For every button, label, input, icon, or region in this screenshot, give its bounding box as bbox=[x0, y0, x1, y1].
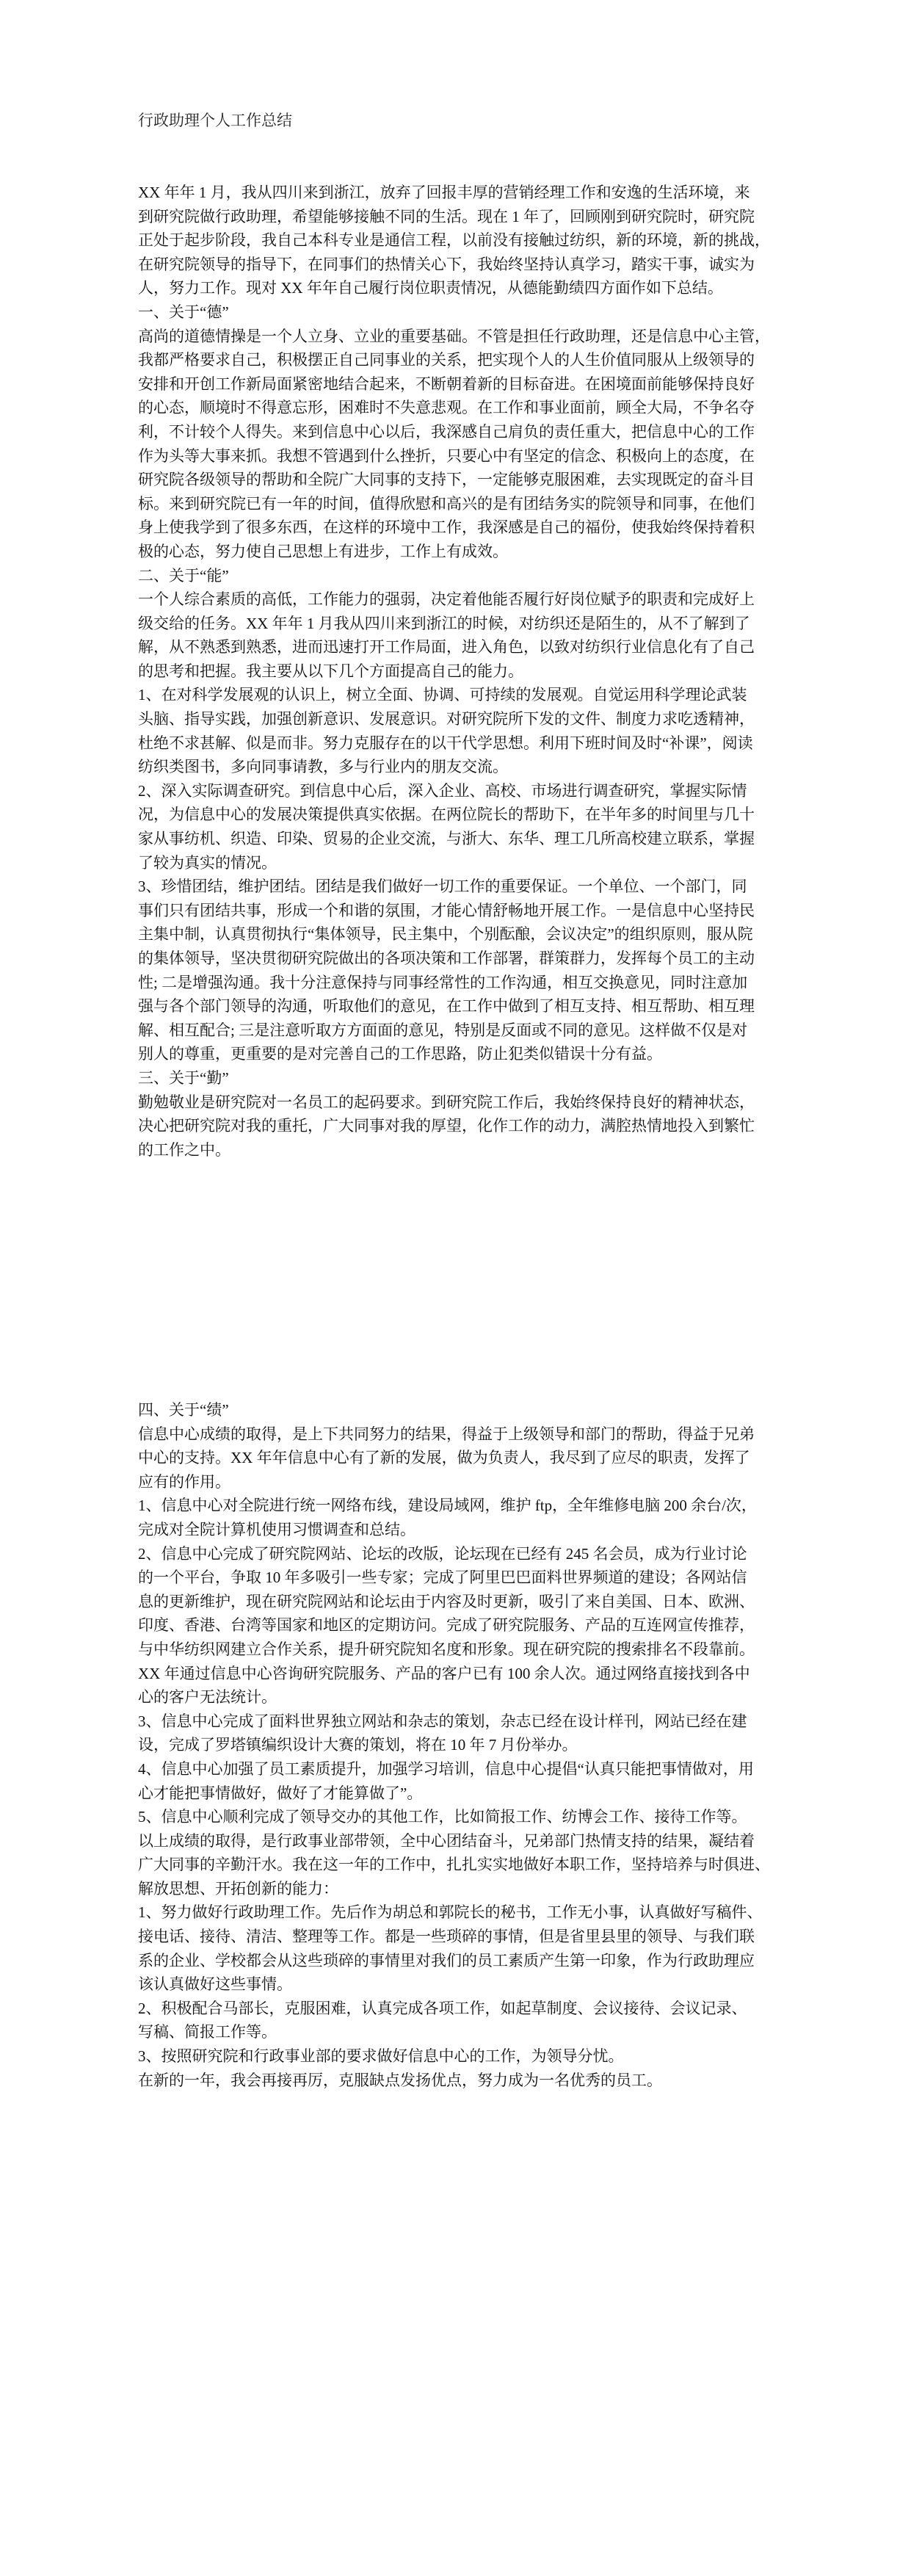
text-line: 的工作之中。 bbox=[138, 1138, 784, 1162]
text-line: 研究院各级领导的帮助和全院广大同事的支持下，一定能够克服困难，去实现既定的奋斗目 bbox=[138, 468, 784, 492]
text-line: 2、信息中心完成了研究院网站、论坛的改版，论坛现在已经有 245 名会员，成为行… bbox=[138, 1542, 784, 1566]
text-line: 接电话、接待、清洁、整理等工作。都是一些琐碎的事情，但是省里县里的领导、与我们联 bbox=[138, 1925, 784, 1949]
text-line: 了较为真实的情况。 bbox=[138, 851, 784, 875]
text-line: 决心把研究院对我的重托，广大同事对我的厚望，化作工作的动力，满腔热情地投入到繁忙 bbox=[138, 1114, 784, 1138]
text-line: 1、信息中心对全院进行统一网络布线，建设局域网，维护 ftp，全年维修电脑 20… bbox=[138, 1494, 784, 1518]
text-line: XX 年通过信息中心咨询研究院服务、产品的客户已有 100 余人次。通过网络直接… bbox=[138, 1662, 784, 1686]
text-line: 杜绝不求甚解、似是而非。努力克服存在的以干代学思想。利用下班时间及时“补课”，阅… bbox=[138, 731, 784, 756]
text-line: 3、信息中心完成了面料世界独立网站和杂志的策划，杂志已经在设计样刊，网站已经在建 bbox=[138, 1710, 784, 1734]
text-line: 一、关于“德” bbox=[138, 300, 784, 325]
text-line: 强与各个部门领导的沟通，听取他们的意见，在工作中做到了相互支持、相互帮助、相互理 bbox=[138, 994, 784, 1019]
text-line: 该认真做好这些事情。 bbox=[138, 1972, 784, 1997]
text-line: 四、关于“绩” bbox=[138, 1398, 784, 1422]
text-line: 解，从不熟悉到熟悉，进而迅速打开工作局面，进入角色，以致对纺织行业信息化有了自己 bbox=[138, 635, 784, 659]
text-line: 完成对全院计算机使用习惯调查和总结。 bbox=[138, 1518, 784, 1542]
text-line: 极的心态，努力使自己思想上有进步，工作上有成效。 bbox=[138, 540, 784, 564]
text-line: 5、信息中心顺利完成了领导交办的其他工作，比如简报工作、纺博会工作、接待工作等。 bbox=[138, 1805, 784, 1829]
text-line: 信息中心成绩的取得，是上下共同努力的结果，得益于上级领导和部门的帮助，得益于兄弟 bbox=[138, 1422, 784, 1447]
text-line: 在研究院领导的指导下，在同事们的热情关心下，我始终坚持认真学习，踏实干事，诚实为 bbox=[138, 253, 784, 277]
text-line: 标。来到研究院已有一年的时间，值得欣慰和高兴的是有团结务实的院领导和同事，在他们 bbox=[138, 492, 784, 516]
text-line: 以上成绩的取得，是行政事业部带领，全中心团结奋斗，兄弟部门热情支持的结果，凝结着 bbox=[138, 1829, 784, 1853]
document-body-page-1: XX 年年 1 月，我从四川来到浙江，放弃了回报丰厚的营销经理工作和安逸的生活环… bbox=[138, 181, 784, 1162]
text-line: 广大同事的辛勤汗水。我在这一年的工作中，扎扎实实地做好本职工作，坚持培养与时俱进… bbox=[138, 1853, 784, 1877]
text-line: 勤勉敬业是研究院对一名员工的起码要求。到研究院工作后，我始终保持良好的精神状态， bbox=[138, 1090, 784, 1115]
text-line: 1、努力做好行政助理工作。先后作为胡总和郭院长的秘书，工作无小事，认真做好写稿件… bbox=[138, 1900, 784, 1925]
text-line: 的心态，顺境时不得意忘形，困难时不失意悲观。在工作和事业面前，顾全大局，不争名夺 bbox=[138, 396, 784, 420]
text-line: 级交给的任务。XX 年年 1 月我从四川来到浙江的时候，对纺织还是陌生的，从不了… bbox=[138, 612, 784, 636]
text-line: 家从事纺机、织造、印染、贸易的企业交流，与浙大、东华、理工几所高校建立联系，掌握 bbox=[138, 827, 784, 851]
text-line: 2、积极配合马部长，克服困难，认真完成各项工作，如起草制度、会议接待、会议记录、 bbox=[138, 1997, 784, 2021]
text-line: 设，完成了罗塔镇编织设计大赛的策划，将在 10 年 7 月份举办。 bbox=[138, 1733, 784, 1757]
text-line: 别人的尊重，更重要的是对完善自己的工作思路，防止犯类似错误十分有益。 bbox=[138, 1042, 784, 1066]
text-line: 的集体领导，坚决贯彻研究院做出的各项决策和工作部署，群策群力，发挥每个员工的主动 bbox=[138, 947, 784, 971]
text-line: 的一个平台，争取 10 年多吸引一些专家；完成了阿里巴巴面料世界频道的建设；各网… bbox=[138, 1566, 784, 1590]
text-line: 纺织类图书，多向同事请教，多与行业内的朋友交流。 bbox=[138, 755, 784, 779]
text-line: 息的更新维护，现在研究院网站和论坛由于内容及时更新，吸引了来自美国、日本、欧洲、 bbox=[138, 1590, 784, 1614]
text-line: 身上使我学到了很多东西，在这样的环境中工作，我深感是自己的福份，使我始终保持着积 bbox=[138, 515, 784, 540]
text-line: 三、关于“勤” bbox=[138, 1066, 784, 1090]
text-line: 系的企业、学校都会从这些琐碎的事情里对我们的员工素质产生第一印象，作为行政助理应 bbox=[138, 1949, 784, 1973]
text-line: 利，不计较个人得失。来到信息中心以后，我深感自己肩负的责任重大，把信息中心的工作 bbox=[138, 420, 784, 444]
text-line: 安排和开创工作新局面紧密地结合起来，不断朝着新的目标奋进。在困境面前能够保持良好 bbox=[138, 372, 784, 397]
text-line: 事们只有团结共事，形成一个和谐的氛围，才能心情舒畅地开展工作。一是信息中心坚持民 bbox=[138, 899, 784, 923]
text-line: 解放思想、开拓创新的能力： bbox=[138, 1877, 784, 1901]
text-line: 写稿、简报工作等。 bbox=[138, 2020, 784, 2044]
document-body-page-2: 四、关于“绩”信息中心成绩的取得，是上下共同努力的结果，得益于上级领导和部门的帮… bbox=[138, 1398, 784, 2092]
document-title: 行政助理个人工作总结 bbox=[138, 109, 292, 133]
text-line: 1、在对科学发展观的认识上，树立全面、协调、可持续的发展观。自觉运用科学理论武装 bbox=[138, 683, 784, 707]
text-line: 2、深入实际调查研究。到信息中心后，深入企业、高校、市场进行调查研究，掌握实际情 bbox=[138, 779, 784, 803]
text-line: 作为头等大事来抓。我想不管遇到什么挫折，只要心中有坚定的信念、积极向上的态度，在 bbox=[138, 444, 784, 468]
text-line: 主集中制，认真贯彻执行“集体领导，民主集中，个别酝酿，会议决定”的组织原则，服从… bbox=[138, 922, 784, 947]
text-line: 的思考和把握。我主要从以下几个方面提高自己的能力。 bbox=[138, 659, 784, 684]
text-line: 心的客户无法统计。 bbox=[138, 1685, 784, 1710]
text-line: 人，努力工作。现对 XX 年年自己履行岗位职责情况，从德能勤绩四方面作如下总结。 bbox=[138, 276, 784, 300]
text-line: 性; 二是增强沟通。我十分注意保持与同事经常性的工作沟通，相互交换意见，同时注意… bbox=[138, 971, 784, 995]
text-line: XX 年年 1 月，我从四川来到浙江，放弃了回报丰厚的营销经理工作和安逸的生活环… bbox=[138, 181, 784, 205]
text-line: 到研究院做行政助理，希望能够接触不同的生活。现在 1 年了，回顾刚到研究院时，研… bbox=[138, 205, 784, 229]
text-line: 与中华纺织网建立合作关系，提升研究院知名度和形象。现在研究院的搜索排名不段靠前。 bbox=[138, 1638, 784, 1662]
text-line: 中心的支持。XX 年年信息中心有了新的发展，做为负责人，我尽到了应尽的职责，发挥… bbox=[138, 1446, 784, 1470]
text-line: 头脑、指导实践，加强创新意识、发展意识。对研究院所下发的文件、制度力求吃透精神， bbox=[138, 707, 784, 731]
text-line: 3、珍惜团结，维护团结。团结是我们做好一切工作的重要保证。一个单位、一个部门，同 bbox=[138, 875, 784, 899]
text-line: 解、相互配合; 三是注意听取方方面面的意见，特别是反面或不同的意见。这样做不仅是… bbox=[138, 1019, 784, 1043]
text-line: 心才能把事情做好，做好了才能算做了”。 bbox=[138, 1781, 784, 1806]
text-line: 3、按照研究院和行政事业部的要求做好信息中心的工作，为领导分忧。 bbox=[138, 2044, 784, 2069]
text-line: 在新的一年，我会再接再厉，克服缺点发扬优点，努力成为一名优秀的员工。 bbox=[138, 2069, 784, 2093]
text-line: 况，为信息中心的发展决策提供真实依据。在两位院长的帮助下，在半年多的时间里与几十 bbox=[138, 803, 784, 827]
text-line: 正处于起步阶段，我自己本科专业是通信工程，以前没有接触过纺织，新的环境，新的挑战… bbox=[138, 228, 784, 253]
text-line: 印度、香港、台湾等国家和地区的定期访问。完成了研究院服务、产品的互连网宣传推荐， bbox=[138, 1613, 784, 1638]
text-line: 应有的作用。 bbox=[138, 1470, 784, 1494]
text-line: 一个人综合素质的高低，工作能力的强弱，决定着他能否履行好岗位赋予的职责和完成好上 bbox=[138, 587, 784, 612]
text-line: 4、信息中心加强了员工素质提升，加强学习培训，信息中心提倡“认真只能把事情做对，… bbox=[138, 1757, 784, 1781]
text-line: 高尚的道德情操是一个人立身、立业的重要基础。不管是担任行政助理，还是信息中心主管… bbox=[138, 325, 784, 349]
text-line: 二、关于“能” bbox=[138, 564, 784, 588]
text-line: 我都严格要求自己，积极摆正自己同事业的关系，把实现个人的人生价值同服从上级领导的 bbox=[138, 348, 784, 372]
